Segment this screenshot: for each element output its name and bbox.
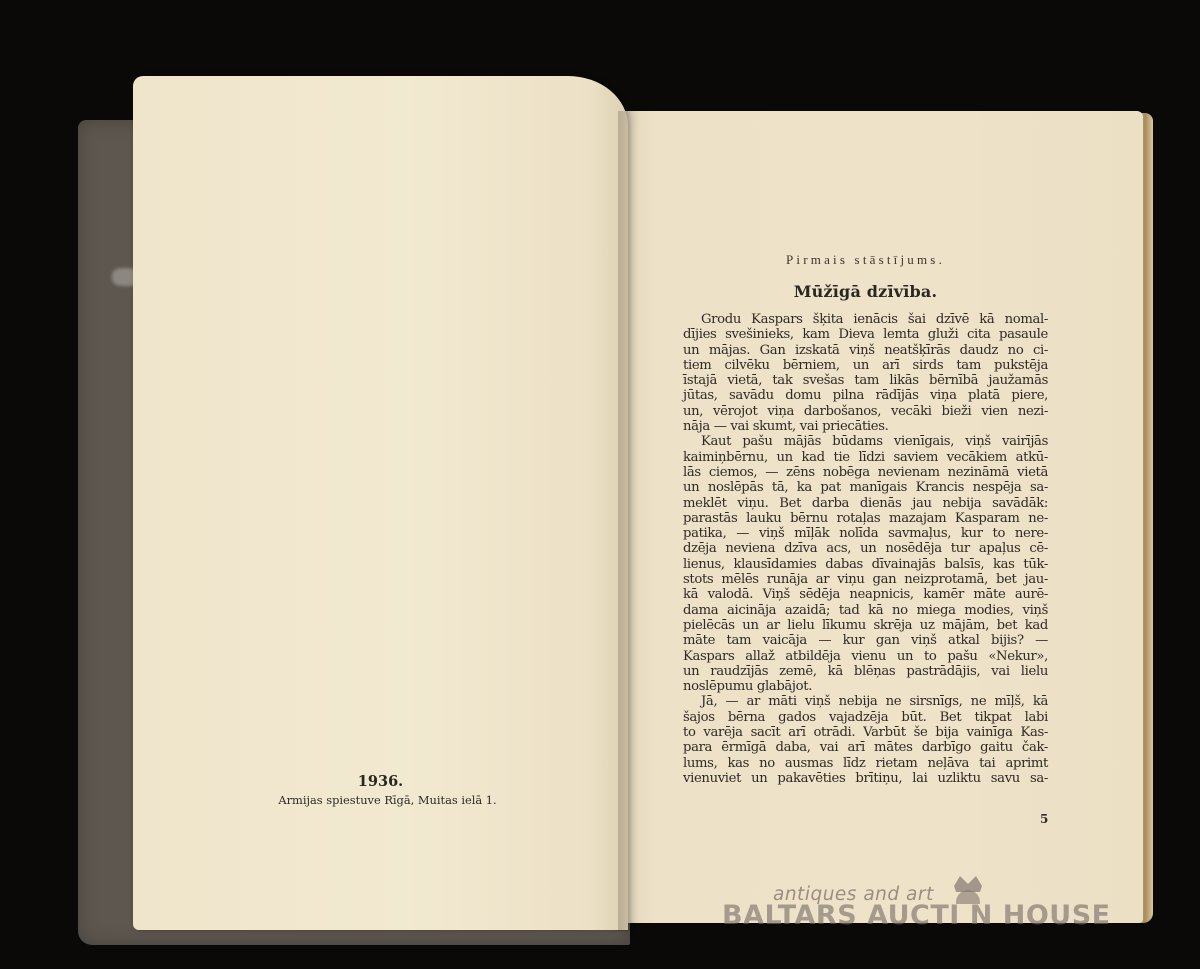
text-line: Jā, — ar māti viņš nebija ne sirsnīgs, n… (683, 694, 1048, 709)
watermark-name: BALTARS AUCTI N HOUSE (722, 900, 1111, 931)
printer-imprint: Armijas spiestuve Rīgā, Muitas ielā 1. (133, 793, 628, 807)
text-line: dījies svešinieks, kam Dieva lemta gluži… (683, 327, 1048, 342)
paragraph-2: Kaut pašu mājās būdams vienīgais, viņš v… (683, 434, 1048, 694)
chapter-title: Mūžīgā dzīvība. (683, 282, 1048, 301)
text-line: para ērmīgā daba, vai arī mātes darbīgo … (683, 740, 1048, 755)
text-line: un, vērojot viņa darbošanos, vecāki biež… (683, 404, 1048, 419)
text-line: vienuviet un pakavēties brītiņu, lai uzl… (683, 771, 1048, 786)
text-line: šajos bērna gados vajadzēja būt. Bet tik… (683, 710, 1048, 725)
imprint-year: 1936. (133, 773, 628, 790)
section-header: Pirmais stāstījums. (683, 252, 1048, 268)
text-line: māte tam vaicāja — kur gan viņš atkal bi… (683, 633, 1048, 648)
text-line: stots mēlēs runāja ar viņu gan neizprota… (683, 572, 1048, 587)
text-line: lās ciemos, — zēns nobēga nevienam nezin… (683, 465, 1048, 480)
text-line: lienus, klausīdamies dabas dīvainajās ba… (683, 557, 1048, 572)
text-line: noslēpumu glabājot. (683, 679, 1048, 694)
book-photo: 1936. Armijas spiestuve Rīgā, Muitas iel… (0, 0, 1200, 969)
text-line: lums, kas no ausmas līdz rietam neļāva t… (683, 756, 1048, 771)
paragraph-3: Jā, — ar māti viņš nebija ne sirsnīgs, n… (683, 694, 1048, 786)
text-line: un noslēpās tā, ka pat manīgais Krancis … (683, 480, 1048, 495)
text-line: dama aicināja azaidā; tad kā no miega mo… (683, 603, 1048, 618)
text-line: Grodu Kaspars šķita ienācis šai dzīvē kā… (683, 312, 1048, 327)
text-line: Kaspars allaž atbildēja vienu un to pašu… (683, 649, 1048, 664)
text-line: nāja — vai skumt, vai priecāties. (683, 419, 1048, 434)
text-line: meklēt viņu. Bet darba dienās jau nebija… (683, 496, 1048, 511)
text-line: to varēja sacīt arī otrādi. Varbūt še bi… (683, 725, 1048, 740)
text-line: kaimiņbērnu, un kad tie līdzi saviem vec… (683, 450, 1048, 465)
text-line: dzēja neviena dzīva acs, un nosēdēja tur… (683, 541, 1048, 556)
text-line: Kaut pašu mājās būdams vienīgais, viņš v… (683, 434, 1048, 449)
right-page-text: Pirmais stāstījums. Mūžīgā dzīvība. Grod… (683, 252, 1048, 786)
text-line: parastās lauku bērnu rotaļas mazajam Kas… (683, 511, 1048, 526)
text-line: un raudzījās zemē, kā blēņas pastrādājis… (683, 664, 1048, 679)
paragraph-1: Grodu Kaspars šķita ienācis šai dzīvē kā… (683, 312, 1048, 434)
text-line: un mājas. Gan izskatā viņš neatšķīrās da… (683, 343, 1048, 358)
gutter-shadow (618, 111, 640, 931)
text-line: tiem cilvēku bērniem, un arī sirds tam p… (683, 358, 1048, 373)
text-line: kā valodā. Viņš sēdēja neapnicis, kamēr … (683, 587, 1048, 602)
text-line: patika, — viņš mīļāk nolīda savmaļus, ku… (683, 526, 1048, 541)
text-line: pielēcās un ar lielu līkumu skrēja uz mā… (683, 618, 1048, 633)
text-line: jūtas, savādu domu pilna rādījās viņa pl… (683, 388, 1048, 403)
page-number: 5 (1040, 812, 1048, 826)
text-line: īstajā vietā, tak svešas tam likās bērnī… (683, 373, 1048, 388)
